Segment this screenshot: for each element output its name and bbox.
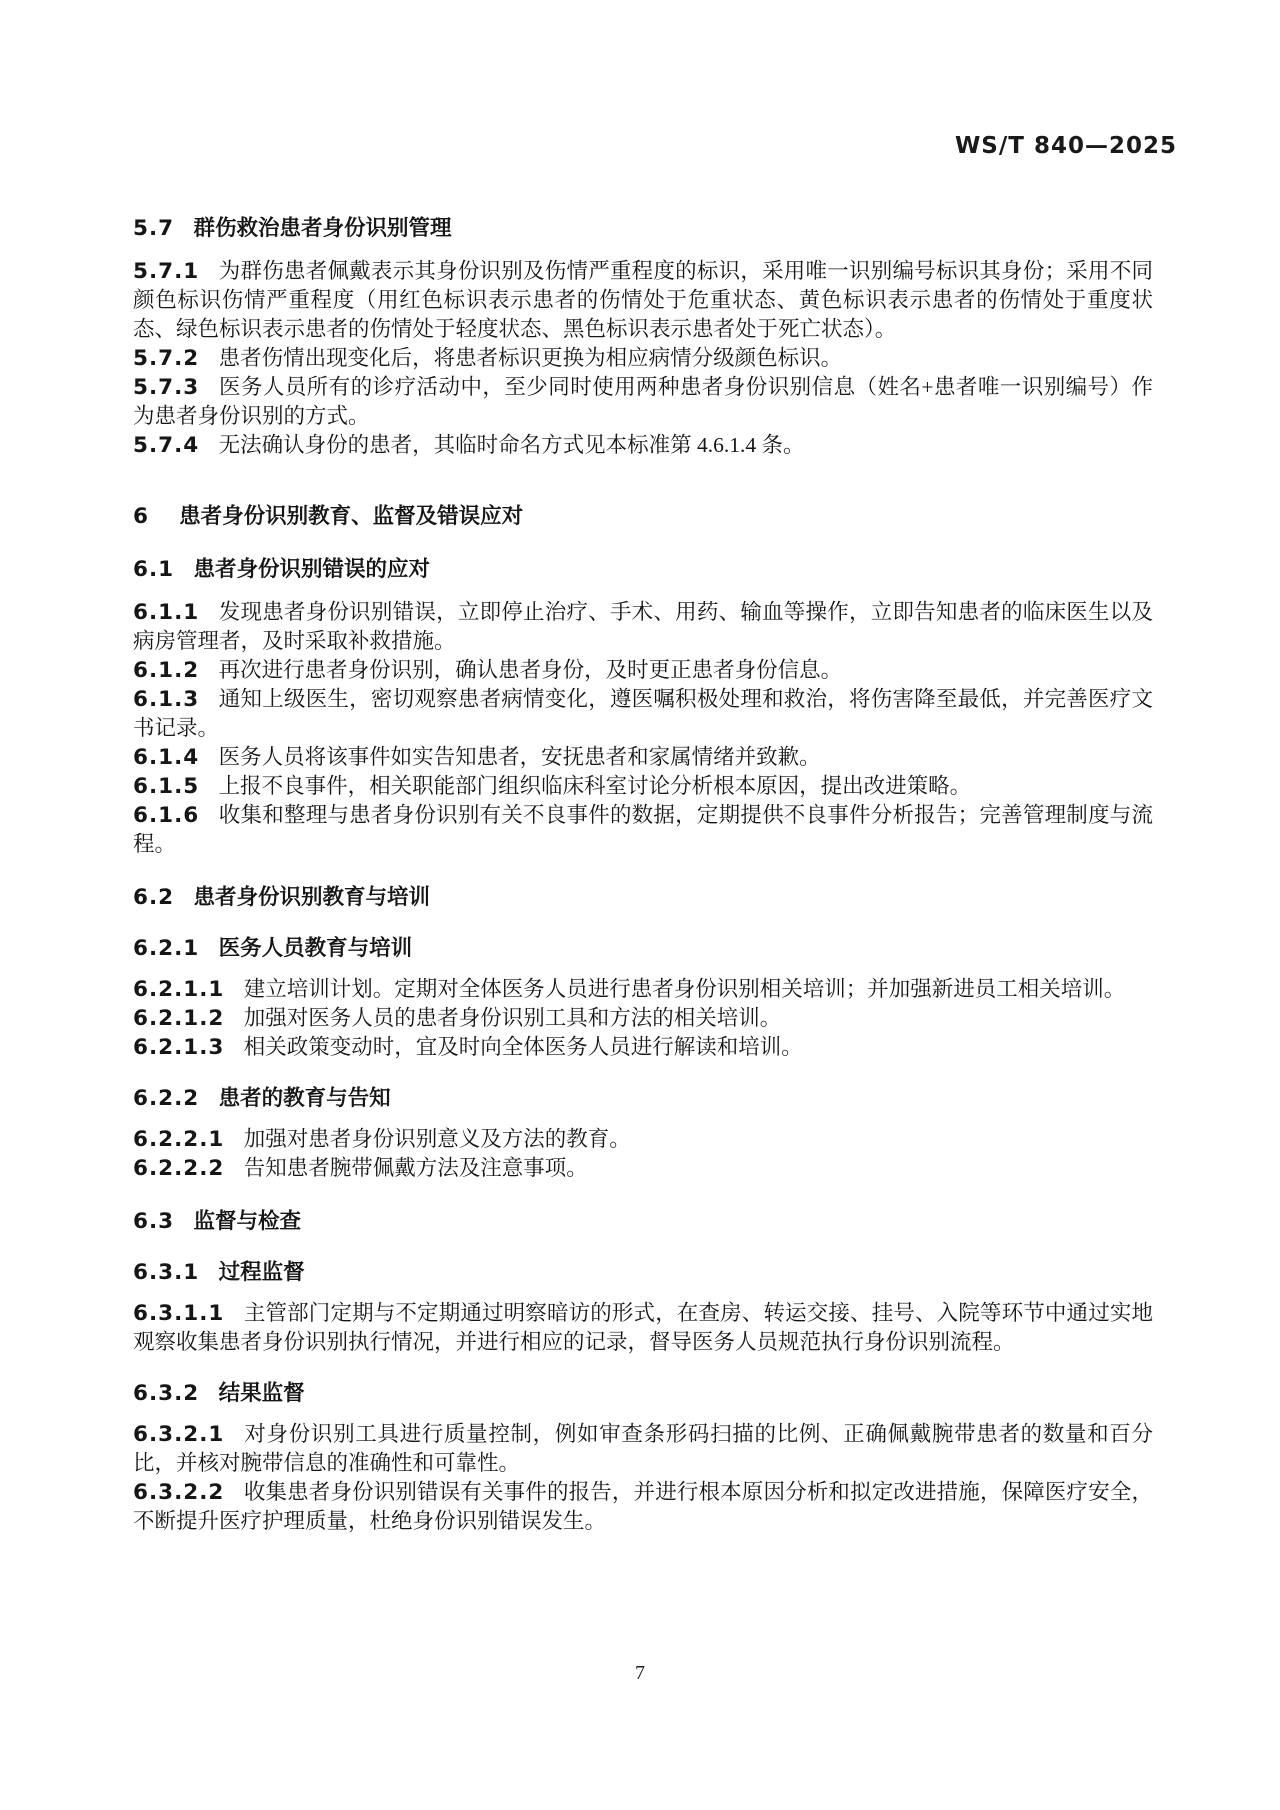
paragraph: 6.1.2再次进行患者身份识别，确认患者身份，及时更正患者身份信息。 [133,656,1153,685]
paragraph: 5.7.2患者伤情出现变化后，将患者标识更换为相应病情分级颜色标识。 [133,344,1153,373]
clause-number: 6.3.2 [133,1381,199,1406]
section-heading: 6.2.1医务人员教育与培训 [133,934,1153,963]
clause-number: 6 [133,504,149,529]
paragraph: 6.3.1.1主管部门定期与不定期通过明察暗访的形式，在查房、转运交接、挂号、入… [133,1299,1153,1357]
clause-text: 无法确认身份的患者，其临时命名方式见本标准第 4.6.1.4 条。 [219,433,805,457]
clause-text: 结果监督 [219,1381,305,1405]
paragraph: 6.2.2.1加强对患者身份识别意义及方法的教育。 [133,1125,1153,1154]
paragraph: 6.3.2.1对身份识别工具进行质量控制，例如审查条形码扫描的比例、正确佩戴腕带… [133,1420,1153,1478]
paragraph: 6.2.2.2告知患者腕带佩戴方法及注意事项。 [133,1154,1153,1183]
paragraph: 5.7.4无法确认身份的患者，其临时命名方式见本标准第 4.6.1.4 条。 [133,431,1153,460]
clause-number: 5.7.3 [133,375,199,400]
clause-number: 6.1 [133,557,174,582]
paragraph: 6.2.1.2加强对医务人员的患者身份识别工具和方法的相关培训。 [133,1004,1153,1033]
clause-text: 通知上级医生，密切观察患者病情变化，遵医嘱积极处理和救治，将伤害降至最低，并完善… [133,687,1153,740]
section-heading: 6.3.2结果监督 [133,1379,1153,1408]
clause-text: 收集和整理与患者身份识别有关不良事件的数据，定期提供不良事件分析报告；完善管理制… [133,803,1153,856]
section-heading: 6.1患者身份识别错误的应对 [133,555,1153,584]
clause-text: 过程监督 [219,1260,305,1284]
section-heading: 5.7群伤救治患者身份识别管理 [133,214,1153,243]
paragraph: 6.3.2.2收集患者身份识别错误有关事件的报告，并进行根本原因分析和拟定改进措… [133,1478,1153,1536]
paragraph: 6.1.4医务人员将该事件如实告知患者，安抚患者和家属情绪并致歉。 [133,743,1153,772]
clause-number: 6.1.6 [133,803,199,828]
clause-text: 发现患者身份识别错误，立即停止治疗、手术、用药、输血等操作，立即告知患者的临床医… [133,600,1153,653]
clause-text: 对身份识别工具进行质量控制，例如审查条形码扫描的比例、正确佩戴腕带患者的数量和百… [133,1422,1153,1475]
clause-number: 6.2.2.1 [133,1127,224,1152]
clause-text: 再次进行患者身份识别，确认患者身份，及时更正患者身份信息。 [219,658,843,682]
clause-text: 患者身份识别教育、监督及错误应对 [179,504,523,528]
clause-text: 加强对患者身份识别意义及方法的教育。 [244,1127,631,1151]
paragraph: 6.1.6收集和整理与患者身份识别有关不良事件的数据，定期提供不良事件分析报告；… [133,801,1153,859]
paragraph: 6.2.1.1建立培训计划。定期对全体医务人员进行患者身份识别相关培训；并加强新… [133,975,1153,1004]
section-heading: 6.3.1过程监督 [133,1258,1153,1287]
clause-number: 6.1.4 [133,745,199,770]
clause-text: 上报不良事件，相关职能部门组织临床科室讨论分析根本原因，提出改进策略。 [219,774,972,798]
clause-text: 收集患者身份识别错误有关事件的报告，并进行根本原因分析和拟定改进措施，保障医疗安… [133,1480,1153,1533]
clause-number: 6.1.5 [133,774,199,799]
clause-text: 监督与检查 [193,1209,301,1233]
clause-text: 医务人员教育与培训 [219,936,413,960]
clause-number: 6.3.1 [133,1260,199,1285]
clause-number: 6.1.3 [133,687,199,712]
clause-text: 患者身份识别错误的应对 [193,557,430,581]
clause-number: 5.7.4 [133,433,199,458]
clause-number: 6.3.2.2 [133,1480,224,1505]
paragraph: 6.2.1.3相关政策变动时，宜及时向全体医务人员进行解读和培训。 [133,1033,1153,1062]
clause-text: 为群伤患者佩戴表示其身份识别及伤情严重程度的标识，采用唯一识别编号标识其身份；采… [133,259,1153,341]
clause-text: 医务人员所有的诊疗活动中，至少同时使用两种患者身份识别信息（姓名+患者唯一识别编… [133,375,1153,428]
clause-number: 5.7.2 [133,346,199,371]
clause-number: 5.7.1 [133,259,199,284]
clause-text: 医务人员将该事件如实告知患者，安抚患者和家属情绪并致歉。 [219,745,821,769]
clause-text: 主管部门定期与不定期通过明察暗访的形式，在查房、转运交接、挂号、入院等环节中通过… [133,1301,1153,1354]
clause-number: 6.2.1 [133,936,199,961]
clause-text: 告知患者腕带佩戴方法及注意事项。 [244,1156,588,1180]
section-heading: 6.2患者身份识别教育与培训 [133,883,1153,912]
clause-number: 6.1.2 [133,658,199,683]
clause-text: 群伤救治患者身份识别管理 [193,216,451,240]
document-page: WS/T 840—2025 5.7群伤救治患者身份识别管理5.7.1为群伤患者佩… [0,0,1280,1810]
paragraph: 6.1.1发现患者身份识别错误，立即停止治疗、手术、用药、输血等操作，立即告知患… [133,598,1153,656]
clause-number: 6.2.2 [133,1086,199,1111]
paragraph: 6.1.3通知上级医生，密切观察患者病情变化，遵医嘱积极处理和救治，将伤害降至最… [133,685,1153,743]
section-heading: 6患者身份识别教育、监督及错误应对 [133,502,1153,531]
clause-number: 6.2 [133,885,174,910]
clause-number: 6.2.1.1 [133,977,224,1002]
page-number: 7 [0,1662,1280,1685]
clause-number: 6.1.1 [133,600,199,625]
section-heading: 6.3监督与检查 [133,1207,1153,1236]
section-heading: 6.2.2患者的教育与告知 [133,1084,1153,1113]
clause-number: 6.2.1.3 [133,1035,224,1060]
clause-number: 6.3 [133,1209,174,1234]
paragraph: 6.1.5上报不良事件，相关职能部门组织临床科室讨论分析根本原因，提出改进策略。 [133,772,1153,801]
clause-text: 患者的教育与告知 [219,1086,391,1110]
clause-number: 6.3.1.1 [133,1301,224,1326]
paragraph: 5.7.1为群伤患者佩戴表示其身份识别及伤情严重程度的标识，采用唯一识别编号标识… [133,257,1153,344]
standard-code-header: WS/T 840—2025 [955,133,1177,159]
clause-text: 加强对医务人员的患者身份识别工具和方法的相关培训。 [244,1006,782,1030]
clause-number: 6.3.2.1 [133,1422,224,1447]
clause-text: 相关政策变动时，宜及时向全体医务人员进行解读和培训。 [244,1035,803,1059]
clause-text: 建立培训计划。定期对全体医务人员进行患者身份识别相关培训；并加强新进员工相关培训… [244,977,1126,1001]
clause-text: 患者伤情出现变化后，将患者标识更换为相应病情分级颜色标识。 [219,346,843,370]
clause-number: 6.2.2.2 [133,1156,224,1181]
paragraph: 5.7.3医务人员所有的诊疗活动中，至少同时使用两种患者身份识别信息（姓名+患者… [133,373,1153,431]
clause-text: 患者身份识别教育与培训 [193,885,430,909]
clause-number: 6.2.1.2 [133,1006,224,1031]
clause-number: 5.7 [133,216,174,241]
document-body: 5.7群伤救治患者身份识别管理5.7.1为群伤患者佩戴表示其身份识别及伤情严重程… [133,214,1153,1536]
